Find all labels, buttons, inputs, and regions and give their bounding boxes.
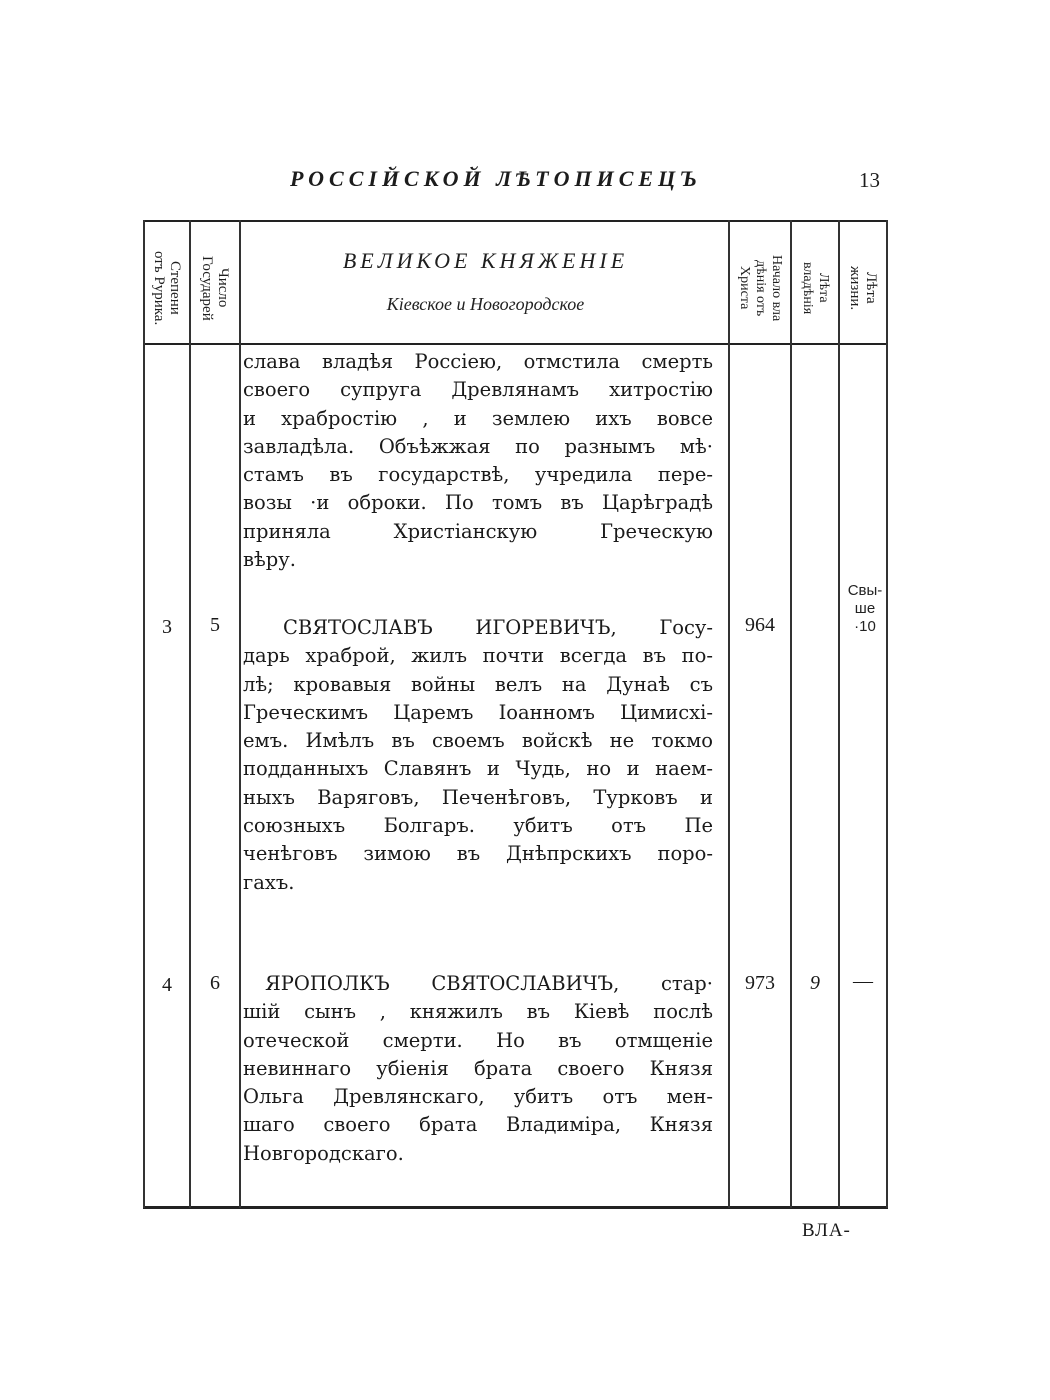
col-rule-start — [790, 220, 792, 1208]
header-years-reign: Лѣта владѣнія — [792, 228, 838, 348]
page-header: РОССІЙСКОЙ ЛѢТОПИСЕЦЪ 13 — [290, 166, 880, 198]
section-subtitle: Кіевское и Новогородское — [243, 294, 728, 315]
text-line: шаго своего брата Владиміра, Князя — [243, 1111, 713, 1139]
text-line: шій сынъ , княжилъ въ Кіевѣ послѣ — [243, 998, 713, 1026]
text-line: Ольга Древлянскаго, убитъ отъ мен- — [243, 1083, 713, 1111]
text-line: отеческой смерти. Но въ отмщеніе — [243, 1027, 713, 1055]
text-line: слава владѣя Россіею, отмстила смерть — [243, 348, 713, 376]
col-rule-reign — [838, 220, 840, 1208]
col-rule-main — [728, 220, 730, 1208]
col-rule-left — [143, 220, 145, 1208]
text-line: завладѣла. Объѣжжая по разнымъ мѣ· — [243, 433, 713, 461]
col-rule-right — [886, 220, 888, 1208]
text-line: емъ. Имѣлъ въ своемъ войскѣ не токмо — [243, 727, 713, 755]
row2-years-reign: 9 — [792, 972, 838, 995]
row2-degree: 4 — [145, 974, 189, 997]
row1-text: СВЯТОСЛАВЪ ИГОРЕВИЧЪ, Госу- дарь храброй… — [243, 614, 713, 897]
row1-number: 5 — [191, 614, 239, 637]
row2-number: 6 — [191, 972, 239, 995]
text-line: и храбростію , и землею ихъ вовсе — [243, 405, 713, 433]
text-line: союзныхъ Болгаръ. убитъ отъ Пе — [243, 812, 713, 840]
section-title: ВЕЛИКОЕ КНЯЖЕНІЕ — [243, 248, 728, 274]
col-rule-degree — [189, 220, 191, 1208]
text-line: подданныхъ Славянъ и Чудь, но и наем- — [243, 755, 713, 783]
header-start: Начало вла дѣнія отъ Христа — [730, 228, 790, 348]
row2-years-life: — — [840, 970, 886, 993]
text-line: лѣ; кровавыя войны велъ на Дунаѣ съ — [243, 671, 713, 699]
table-bottom-rule — [143, 1206, 888, 1209]
text-line: приняла Христіанскую Греческую — [243, 518, 713, 546]
text-line: ЯРОПОЛКЪ СВЯТОСЛАВИЧЪ, стар· — [243, 970, 713, 998]
running-title: РОССІЙСКОЙ ЛѢТОПИСЕЦЪ — [290, 166, 702, 192]
text-line: дарь храброй, жилъ почти всегда въ по- — [243, 642, 713, 670]
text-line: Новгородскаго. — [243, 1140, 713, 1168]
text-line: своего супруга Древлянамъ хитростію — [243, 376, 713, 404]
text-line: возы ·и оброки. По томъ въ Царѣградѣ — [243, 489, 713, 517]
continuation-text: слава владѣя Россіею, отмстила смерть св… — [243, 348, 713, 574]
row2-text: ЯРОПОЛКЪ СВЯТОСЛАВИЧЪ, стар· шій сынъ , … — [243, 970, 713, 1168]
header-number: Число Государей — [191, 228, 239, 348]
page-number: 13 — [859, 168, 880, 193]
row1-start-year: 964 — [730, 614, 790, 637]
text-line: СВЯТОСЛАВЪ ИГОРЕВИЧЪ, Госу- — [243, 614, 713, 642]
header-main: ВЕЛИКОЕ КНЯЖЕНІЕ Кіевское и Новогородско… — [243, 220, 728, 345]
row2-start-year: 973 — [730, 972, 790, 995]
header-years-life: Лѣта жизни. — [840, 228, 886, 348]
text-line: стамъ въ государствѣ, учредила пере- — [243, 461, 713, 489]
catchword: ВЛА- — [802, 1220, 851, 1242]
chronicle-table: Степени отъ Рурика. Число Государей ВЕЛИ… — [143, 220, 888, 1210]
row1-degree: 3 — [145, 616, 189, 639]
text-line: вѣру. — [243, 546, 713, 574]
text-line: ныхъ Варяговъ, Печенѣговъ, Турковъ и — [243, 784, 713, 812]
text-line: невиннаго убіенія брата своего Князя — [243, 1055, 713, 1083]
header-degree: Степени отъ Рурика. — [145, 228, 189, 348]
col-rule-number — [239, 220, 241, 1208]
text-line: ченѣговъ зимою въ Днѣпрскихъ поро- — [243, 840, 713, 868]
text-line: гахъ. — [243, 869, 713, 897]
row1-years-life: Свы- ше ·10 — [843, 582, 887, 636]
text-line: Греческимъ Царемъ Іоанномъ Цимисхі- — [243, 699, 713, 727]
